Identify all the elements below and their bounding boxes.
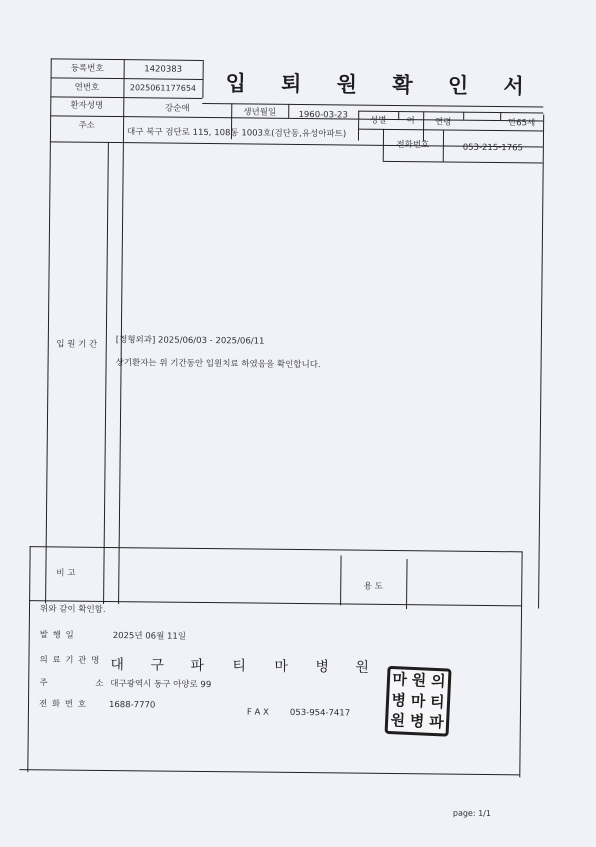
- seal-char: 병: [407, 711, 427, 733]
- patient-name-label: 환자성명: [50, 101, 123, 110]
- border: [538, 115, 544, 609]
- border: [358, 111, 543, 114]
- fax-value: 053-954-7417: [290, 709, 350, 718]
- registration-no-label: 등록번호: [51, 64, 124, 73]
- border: [27, 546, 30, 772]
- border: [358, 129, 543, 132]
- border: [51, 77, 203, 80]
- page-indicator: page: 1/1: [453, 810, 491, 818]
- confirmation-text: 위와 같이 확인함.: [40, 605, 106, 614]
- patient-name-value: 강순애: [123, 104, 231, 114]
- institution-label: 의 료 기 관 명: [39, 656, 100, 665]
- registration-no-value: 1420383: [124, 65, 203, 74]
- remarks-label: 비 고: [29, 569, 102, 578]
- age-label: 연령: [423, 118, 463, 127]
- institution-char: 티: [232, 655, 246, 675]
- address-label: 주소: [50, 121, 123, 130]
- border: [45, 58, 52, 603]
- seal-char: 원: [388, 710, 408, 732]
- purpose-label: 용 도: [340, 582, 406, 591]
- address-label-right: 소: [95, 680, 103, 689]
- institution-char: 병: [315, 656, 329, 676]
- border: [19, 769, 519, 775]
- sex-label: 성별: [358, 117, 398, 126]
- seal-char: 병: [389, 690, 409, 712]
- birth-label: 생년월일: [231, 108, 288, 117]
- issue-date-value: 2025년 06월 11일: [113, 632, 186, 641]
- institution-char: 대: [110, 654, 124, 674]
- sex-value: 여: [398, 117, 423, 126]
- border: [383, 161, 543, 164]
- border: [519, 551, 522, 777]
- fax-label: F A X: [247, 708, 269, 717]
- admission-period-label: 입 원 기 간: [48, 340, 106, 349]
- border: [358, 111, 359, 141]
- seal-char: 마: [390, 669, 410, 691]
- border: [51, 58, 203, 61]
- address-label-left: 주: [39, 679, 47, 688]
- serial-no-value: 2025061177654: [123, 84, 202, 93]
- seal-char: 마: [408, 690, 428, 712]
- border: [118, 97, 124, 604]
- institution-phone-value: 1688-7770: [109, 701, 155, 710]
- institution-char: 마: [274, 656, 288, 676]
- document-title: 입 퇴 원 확 인 서: [225, 67, 538, 100]
- seal-char: 의: [428, 671, 448, 693]
- seal-char: 티: [427, 691, 447, 713]
- institution-char: 구: [150, 654, 164, 674]
- border: [103, 142, 109, 604]
- institution-address: 대구광역시 동구 아양로 99: [110, 680, 211, 690]
- admission-period-value: [정형외과] 2025/06/03 - 2025/06/11: [116, 336, 265, 346]
- border: [340, 555, 342, 605]
- institution-phone-label: 전 화 번 호: [39, 700, 87, 709]
- birth-value: 1960-03-23: [288, 111, 358, 120]
- admission-discharge-certificate: 입 퇴 원 확 인 서 등록번호 1420383 연번호 20250611776…: [0, 0, 596, 847]
- border: [463, 112, 464, 120]
- institution-char: 원: [355, 657, 369, 677]
- address-value: 대구 북구 검단로 115, 108동 1003호(검단동,유성아파트): [127, 128, 346, 139]
- seal-char: 원: [409, 670, 429, 692]
- admission-statement: 상기환자는 위 기간동안 입원치료 하였음을 확인합니다.: [116, 359, 321, 370]
- age-value: 만65세: [500, 119, 543, 128]
- issue-date-label: 발 행 일: [40, 631, 75, 640]
- serial-no-label: 연번호: [50, 83, 123, 92]
- institution-char: 파: [190, 655, 204, 675]
- hospital-seal: 마 원 의 병 마 티 원 병 파: [385, 666, 452, 737]
- border: [50, 96, 202, 99]
- seal-char: 파: [426, 712, 446, 734]
